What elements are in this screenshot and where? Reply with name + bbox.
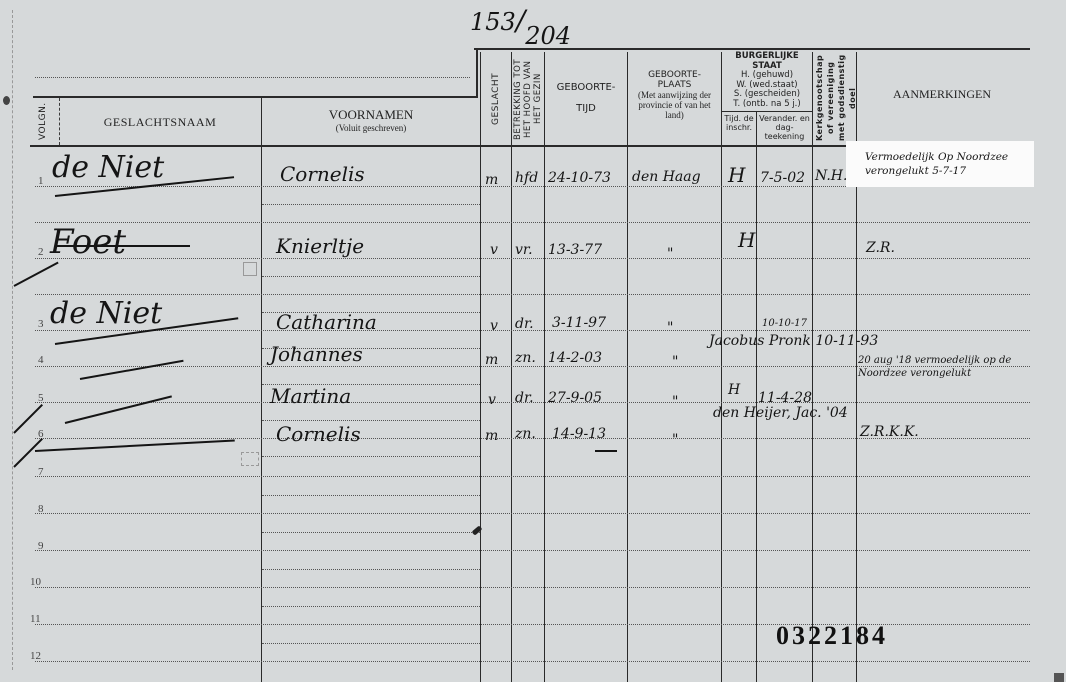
header-volg: VOLGN.	[38, 100, 58, 142]
row1-sex: m	[485, 172, 498, 188]
row4-remarks: 20 aug '18 vermoedelijk op de Noordzee v…	[858, 354, 1028, 380]
row1-civil-change: 7-5-02	[760, 170, 805, 186]
row2-relation: vr.	[515, 242, 533, 258]
page-number: 153/204	[470, 4, 571, 37]
row6-birth-date-underline	[595, 450, 617, 452]
row2-check-mark-icon	[243, 262, 257, 276]
row1-church: N.H.	[815, 168, 847, 184]
row1-civil-status: H	[728, 163, 745, 187]
row1-given: Cornelis	[280, 162, 365, 186]
row4-sex: m	[485, 352, 498, 368]
row1-remarks: Vermoedelijk Op Noordzee verongelukt 5-7…	[865, 150, 1025, 178]
row6-remarks: Z.R.K.K.	[860, 424, 919, 440]
header-voornamen-sublabel: (Voluit geschreven)	[262, 123, 480, 133]
row5-civil-status: H	[728, 382, 740, 398]
row6-given: Cornelis	[276, 422, 361, 446]
header-geboortetijd-l1: GEBOORTE-	[545, 82, 627, 93]
row1-surname: de Niet	[52, 150, 164, 185]
row2-given: Knierltje	[276, 234, 364, 258]
row2-birth-date: 13-3-77	[548, 242, 602, 258]
row2-mark	[14, 262, 59, 287]
row2-sex: v	[490, 242, 498, 258]
row4-birth-place: "	[672, 354, 678, 370]
col-line-civil-tijd	[756, 112, 757, 682]
header-burgerlijke-staat: BURGERLIJKE STAAT H. (gehuwd) W. (wed.st…	[722, 52, 812, 109]
header-staat-tijd: Tijd. de inschr.	[722, 114, 756, 132]
left-margin-line	[12, 10, 13, 670]
row-number-9: 9	[38, 540, 44, 552]
row2-birth-place: "	[667, 246, 673, 262]
row-number-11: 11	[30, 613, 41, 625]
row6-ditto-line	[35, 440, 235, 452]
row-number-5: 5	[38, 392, 44, 404]
row-number-7: 7	[38, 466, 44, 478]
row3-sex: v	[490, 318, 498, 334]
header-top-rule-right	[474, 48, 1030, 50]
row-number-8: 8	[38, 503, 44, 515]
row6-sex: m	[485, 428, 498, 444]
row3-given: Catharina	[276, 310, 377, 334]
row5-sex: v	[488, 392, 496, 408]
row1-relation: hfd	[515, 170, 538, 186]
row2-civil-status: H	[738, 228, 755, 252]
row3-birth-place: "	[667, 320, 673, 336]
row3-civil-change: 10-10-17	[762, 318, 807, 329]
header-step-line	[476, 48, 478, 98]
row-number-10: 10	[30, 576, 41, 588]
row2-surname: Foet	[50, 222, 126, 262]
civil-subheader-rule	[721, 111, 812, 112]
row-number-2: 2	[38, 246, 44, 258]
row2-remarks: Z.R.	[866, 240, 895, 256]
header-geboorteplaats: GEBOORTE- PLAATS (Met aanwijzing der pro…	[628, 70, 721, 120]
header-geboortetijd: GEBOORTE- TIJD	[545, 82, 627, 114]
row1-birth-place: den Haag	[632, 169, 701, 185]
row5-relation: dr.	[515, 390, 534, 406]
row3-relation: dr.	[515, 316, 534, 332]
corner-mark-icon	[1054, 673, 1064, 682]
header-voornamen-label: VOORNAMEN	[262, 107, 480, 123]
header-geslacht: GESLACHT	[482, 55, 510, 143]
header-geboorteplaats-l1: GEBOORTE-	[628, 70, 721, 80]
header-burgerlijke-staat-label: BURGERLIJKE STAAT	[722, 52, 812, 71]
row6-relation: zn.	[515, 426, 536, 442]
header-geboorteplaats-l2: PLAATS	[628, 80, 721, 90]
row5-birth-place: "	[672, 394, 678, 410]
row1-birth-date: 24-10-73	[548, 170, 611, 186]
row-number-1: 1	[38, 175, 44, 187]
header-kerk: Kerkgenootschap of vereeniging met godsd…	[814, 52, 854, 144]
row6-birth-date: 14-9-13	[552, 426, 606, 442]
row-number-4: 4	[38, 354, 44, 366]
row4-civil-change: Jacobus Pronk 10-11-93	[709, 333, 878, 349]
row4-relation: zn.	[515, 350, 536, 366]
punch-hole-icon	[3, 96, 10, 105]
header-geslachtsnaam: GESLACHTSNAAM	[60, 115, 260, 130]
page-number-right: 204	[525, 22, 571, 50]
row6-birth-place: "	[672, 432, 678, 448]
row6-check-mark-icon	[241, 452, 259, 466]
row4-given: Johannes	[270, 342, 363, 366]
header-aanmerkingen: AANMERKINGEN	[857, 87, 1027, 102]
row6-mark	[13, 438, 43, 468]
page-number-left: 153	[470, 8, 516, 36]
header-top-rule-left	[33, 96, 477, 98]
row-number-3: 3	[38, 318, 44, 330]
header-betrekking: BETREKKING TOT HET HOOFD VAN HET GEZIN	[513, 55, 543, 143]
row3-surname: de Niet	[50, 296, 162, 331]
row3-birth-date: 3-11-97	[552, 315, 606, 331]
header-geboorteplaats-sub: (Met aanwijzing der provincie of van het…	[628, 90, 721, 120]
row5-given: Martina	[270, 384, 351, 408]
row2-surname-strikethrough	[55, 245, 190, 247]
row5-birth-date: 27-9-05	[548, 390, 602, 406]
row5-ditto-line	[65, 395, 172, 424]
row4-ditto-line	[80, 360, 184, 380]
archive-stamp-number: 0322184	[776, 621, 888, 651]
row6-civil-change: den Heijer, Jac. '04	[713, 405, 848, 421]
header-geboortetijd-l2: TIJD	[545, 103, 627, 114]
row4-birth-date: 14-2-03	[548, 350, 602, 366]
row-number-12: 12	[30, 650, 41, 662]
header-staat-t: T. (ontb. na 5 j.)	[722, 100, 812, 110]
header-staat-verander: Verander. en dag-teekening	[757, 114, 812, 141]
row5-civil-change: 11-4-28	[758, 390, 812, 406]
title-dotted-line	[35, 77, 470, 78]
header-voornamen: VOORNAMEN (Voluit geschreven)	[262, 107, 480, 133]
